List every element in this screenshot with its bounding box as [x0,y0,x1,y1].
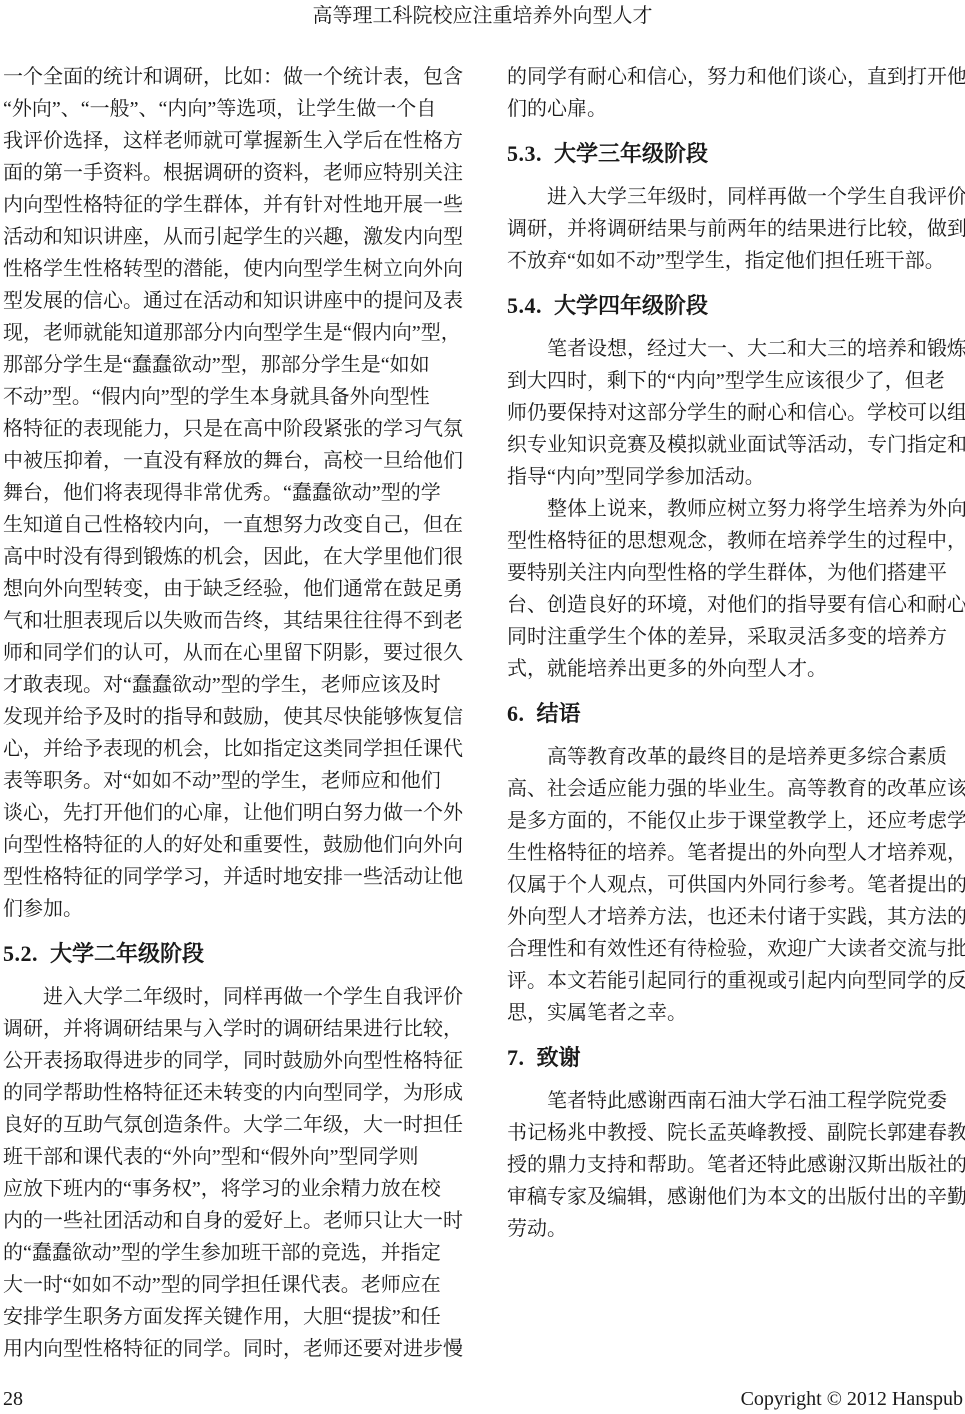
section-title: 致谢 [537,1045,581,1070]
text-line: 才敢表现。对“蠢蠢欲动”型的学生，老师应该及时 [3,669,465,701]
section-number: 5.4. [507,293,542,318]
text-line: 内的一些社团活动和自身的爱好上。老师只让大一时 [3,1205,465,1237]
text-line: 大一时“如如不动”型的同学担任课代表。老师应在 [3,1269,465,1301]
text-line: 授的鼎力支持和帮助。笔者还特此感谢汉斯出版社的 [507,1149,964,1181]
text-line: 调研，并将调研结果与入学时的调研结果进行比较， [3,1013,465,1045]
column-left: 一个全面的统计和调研，比如：做一个统计表，包含“外向”、“一般”、“内向”等选项… [3,61,465,1365]
text-line: 合理性和有效性还有待检验，欢迎广大读者交流与批 [507,933,964,965]
text-line: 格特征的表现能力，只是在高中阶段紧张的学习气氛 [3,413,465,445]
paragraph: 进入大学二年级时，同样再做一个学生自我评价调研，并将调研结果与入学时的调研结果进… [3,981,465,1365]
section-title: 大学二年级阶段 [50,941,204,966]
text-line: 用内向型性格特征的同学。同时，老师还要对进步慢 [3,1333,465,1365]
paragraph: 一个全面的统计和调研，比如：做一个统计表，包含“外向”、“一般”、“内向”等选项… [3,61,465,925]
text-line: 书记杨兆中教授、院长孟英峰教授、副院长郭建春教 [507,1117,964,1149]
text-line: 气和壮胆表现后以失败而告终，其结果往往得不到老 [3,605,465,637]
text-line: 向型性格特征的人的好处和重要性，鼓励他们向外向 [3,829,465,861]
section-number: 7. [507,1045,525,1070]
section-heading: 6.结语 [507,699,964,729]
text-line: 面的第一手资料。根据调研的资料，老师应特别关注 [3,157,465,189]
text-line: 式，就能培养出更多的外向型人才。 [507,653,964,685]
column-right: 的同学有耐心和信心，努力和他们谈心，直到打开他们的心扉。5.3.大学三年级阶段进… [507,61,964,1245]
text-line: 评。本文若能引起同行的重视或引起内向型同学的反 [507,965,964,997]
text-line: 良好的互助气氛创造条件。大学二年级，大一时担任 [3,1109,465,1141]
text-line: 台、创造良好的环境，对他们的指导要有信心和耐心， [507,589,964,621]
section-number: 6. [507,701,525,726]
text-line: 型性格特征的同学学习，并适时地安排一些活动让他 [3,861,465,893]
paragraph: 笔者设想，经过大一、大二和大三的培养和锻炼，到大四时，剩下的“内向”型学生应该很… [507,333,964,493]
text-line: 同时注重学生个体的差异，采取灵活多变的培养方 [507,621,964,653]
text-line: 师和同学们的认可，从而在心里留下阴影，要过很久 [3,637,465,669]
paragraph: 整体上说来，教师应树立努力将学生培养为外向型性格特征的思想观念，教师在培养学生的… [507,493,964,685]
text-line: 表等职务。对“如如不动”型的学生，老师应和他们 [3,765,465,797]
text-line: 我评价选择，这样老师就可掌握新生入学后在性格方 [3,125,465,157]
text-line: 班干部和课代表的“外向”型和“假外向”型同学则 [3,1141,465,1173]
running-head-title: 高等理工科院校应注重培养外向型人才 [0,4,965,28]
text-line: 性格学生性格转型的潜能，使内向型学生树立向外向 [3,253,465,285]
text-line: 思，实属笔者之幸。 [507,997,964,1029]
text-line: 一个全面的统计和调研，比如：做一个统计表，包含 [3,61,465,93]
text-line: 师仍要保持对这部分学生的耐心和信心。学校可以组 [507,397,964,429]
text-line: 是多方面的，不能仅止步于课堂教学上，还应考虑学 [507,805,964,837]
text-line: 应放下班内的“事务权”，将学习的业余精力放在校 [3,1173,465,1205]
text-line: 指导“内向”型同学参加活动。 [507,461,964,493]
text-line: 外向型人才培养方法，也还未付诸于实践，其方法的 [507,901,964,933]
text-line: 们参加。 [3,893,465,925]
text-line: 型性格特征的思想观念，教师在培养学生的过程中， [507,525,964,557]
section-title: 大学三年级阶段 [554,141,708,166]
text-line: 谈心，先打开他们的心扉，让他们明白努力做一个外 [3,797,465,829]
text-line: 整体上说来，教师应树立努力将学生培养为外向 [507,493,964,525]
text-line: 进入大学二年级时，同样再做一个学生自我评价 [3,981,465,1013]
text-line: 的同学有耐心和信心，努力和他们谈心，直到打开他 [507,61,964,93]
text-line: 舞台，他们将表现得非常优秀。“蠢蠢欲动”型的学 [3,477,465,509]
section-heading: 7.致谢 [507,1043,964,1073]
text-line: 活动和知识讲座，从而引起学生的兴趣，激发内向型 [3,221,465,253]
text-line: 审稿专家及编辑，感谢他们为本文的出版付出的辛勤 [507,1181,964,1213]
text-line: 不放弃“如如不动”型学生，指定他们担任班干部。 [507,245,964,277]
paragraph: 高等教育改革的最终目的是培养更多综合素质高、社会适应能力强的毕业生。高等教育的改… [507,741,964,1029]
text-line: 安排学生职务方面发挥关键作用，大胆“提拔”和任 [3,1301,465,1333]
text-line: 到大四时，剩下的“内向”型学生应该很少了，但老 [507,365,964,397]
text-line: 心，并给予表现的机会，比如指定这类同学担任课代 [3,733,465,765]
text-line: 进入大学三年级时，同样再做一个学生自我评价 [507,181,964,213]
paragraph: 进入大学三年级时，同样再做一个学生自我评价调研，并将调研结果与前两年的结果进行比… [507,181,964,277]
text-line: 公开表扬取得进步的同学，同时鼓励外向型性格特征 [3,1045,465,1077]
text-line: 的同学帮助性格特征还未转变的内向型同学，为形成 [3,1077,465,1109]
text-line: “外向”、“一般”、“内向”等选项，让学生做一个自 [3,93,465,125]
text-line: 调研，并将调研结果与前两年的结果进行比较，做到 [507,213,964,245]
paper-page: 高等理工科院校应注重培养外向型人才 一个全面的统计和调研，比如：做一个统计表，包… [0,0,965,1414]
text-line: 织专业知识竞赛及模拟就业面试等活动，专门指定和 [507,429,964,461]
text-line: 高中时没有得到锻炼的机会，因此，在大学里他们很 [3,541,465,573]
text-line: 生性格特征的培养。笔者提出的外向型人才培养观， [507,837,964,869]
page-number: 28 [3,1387,23,1411]
paragraph: 的同学有耐心和信心，努力和他们谈心，直到打开他们的心扉。 [507,61,964,125]
text-line: 笔者设想，经过大一、大二和大三的培养和锻炼， [507,333,964,365]
text-line: 型发展的信心。通过在活动和知识讲座中的提问及表 [3,285,465,317]
text-line: 劳动。 [507,1213,964,1245]
section-heading: 5.2.大学二年级阶段 [3,939,465,969]
text-line: 那部分学生是“蠢蠢欲动”型，那部分学生是“如如 [3,349,465,381]
text-line: 现，老师就能知道那部分内向型学生是“假内向”型， [3,317,465,349]
text-line: 中被压抑着，一直没有释放的舞台，高校一旦给他们 [3,445,465,477]
section-number: 5.2. [3,941,38,966]
section-heading: 5.3.大学三年级阶段 [507,139,964,169]
text-line: 发现并给予及时的指导和鼓励，使其尽快能够恢复信 [3,701,465,733]
text-line: 高、社会适应能力强的毕业生。高等教育的改革应该 [507,773,964,805]
section-number: 5.3. [507,141,542,166]
text-line: 们的心扉。 [507,93,964,125]
text-line: 高等教育改革的最终目的是培养更多综合素质 [507,741,964,773]
copyright-notice: Copyright © 2012 Hanspub [741,1387,963,1411]
text-line: 想向外向型转变，由于缺乏经验，他们通常在鼓足勇 [3,573,465,605]
text-line: 不动”型。“假内向”型的学生本身就具备外向型性 [3,381,465,413]
text-line: 内向型性格特征的学生群体，并有针对性地开展一些 [3,189,465,221]
text-line: 要特别关注内向型性格的学生群体，为他们搭建平 [507,557,964,589]
section-title: 结语 [537,701,581,726]
text-line: 仅属于个人观点，可供国内外同行参考。笔者提出的 [507,869,964,901]
text-line: 的“蠢蠢欲动”型的学生参加班干部的竞选，并指定 [3,1237,465,1269]
text-line: 生知道自己性格较内向，一直想努力改变自己，但在 [3,509,465,541]
text-line: 笔者特此感谢西南石油大学石油工程学院党委 [507,1085,964,1117]
section-title: 大学四年级阶段 [554,293,708,318]
paragraph: 笔者特此感谢西南石油大学石油工程学院党委书记杨兆中教授、院长孟英峰教授、副院长郭… [507,1085,964,1245]
section-heading: 5.4.大学四年级阶段 [507,291,964,321]
